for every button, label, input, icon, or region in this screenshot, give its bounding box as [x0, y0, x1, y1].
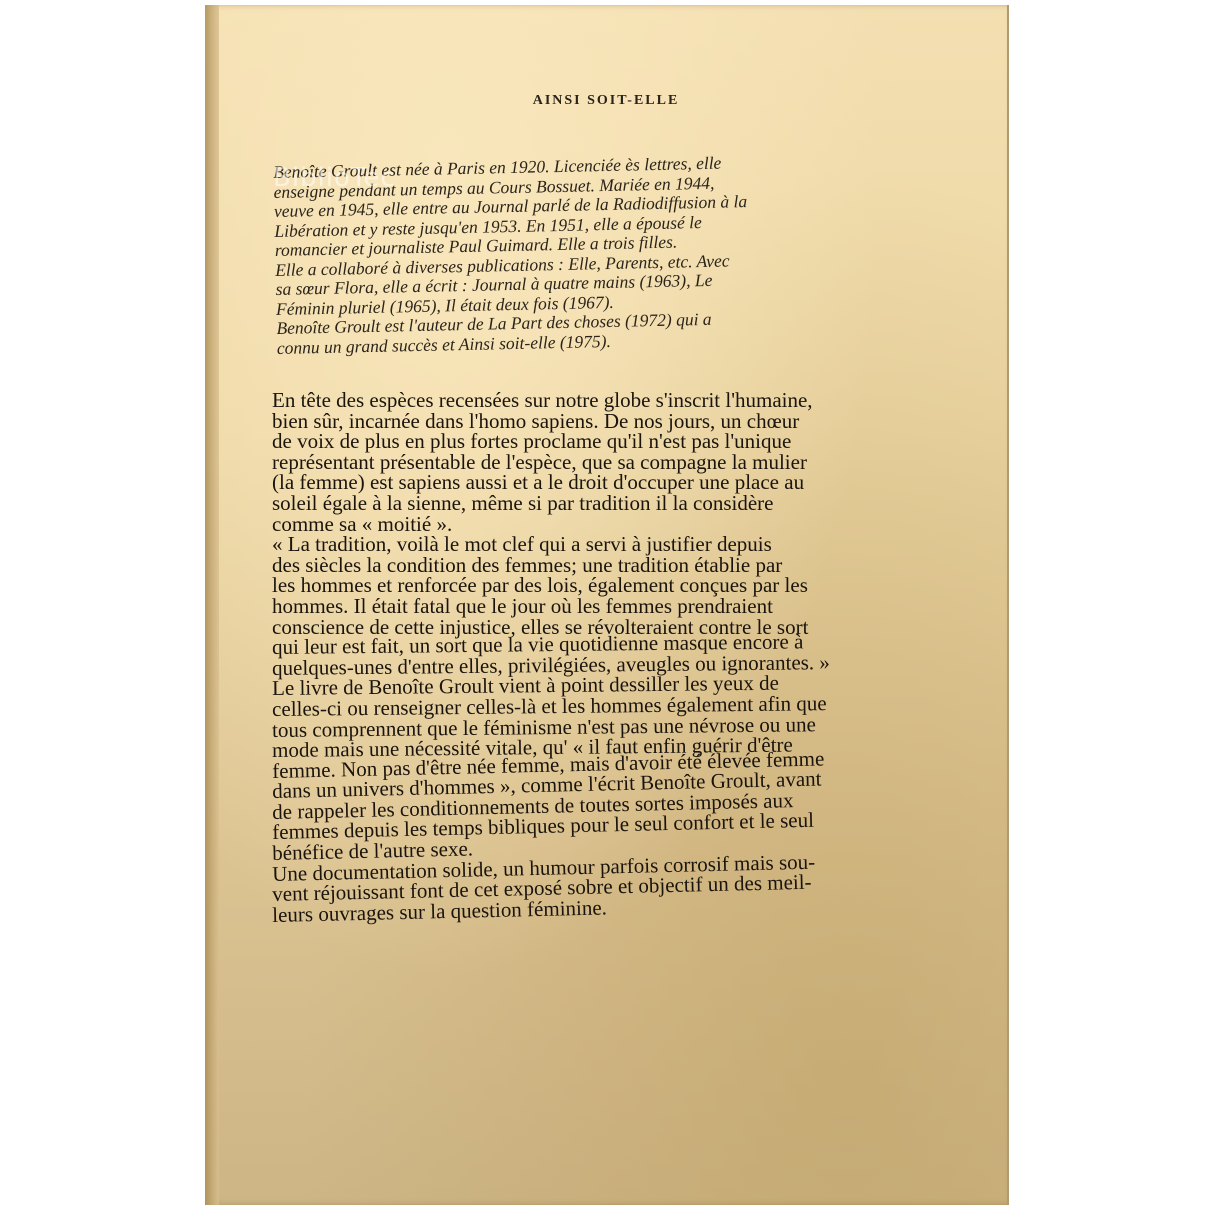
blurb-line: représentant présentable de l'espèce, qu…	[272, 452, 937, 473]
book-page: AINSI SOIT-ELLE Benoîte Groult est née à…	[205, 5, 1009, 1205]
blurb-line: les hommes et renforcée par des lois, ég…	[272, 575, 937, 596]
book-title: AINSI SOIT-ELLE	[205, 93, 1007, 109]
blurb-line: hommes. Il était fatal que le jour où le…	[272, 596, 937, 617]
blurb-text: En tête des espèces recensées sur notre …	[272, 390, 937, 925]
blurb-line: (la femme) est sapiens aussi et a le dro…	[272, 472, 937, 493]
blurb-line: des siècles la condition des femmes; une…	[272, 555, 937, 576]
blurb-line: de voix de plus en plus fortes proclame …	[272, 431, 937, 452]
blurb-line: bien sûr, incarnée dans l'homo sapiens. …	[272, 411, 937, 432]
author-bio: Benoîte Groult est née à Paris en 1920. …	[273, 149, 927, 358]
blurb-line: En tête des espèces recensées sur notre …	[272, 390, 937, 411]
blurb-line: comme sa « moitié ».	[272, 514, 937, 535]
blurb-line: « La tradition, voilà le mot clef qui a …	[272, 534, 937, 555]
blurb-line: soleil égale à la sienne, même si par tr…	[272, 493, 937, 514]
